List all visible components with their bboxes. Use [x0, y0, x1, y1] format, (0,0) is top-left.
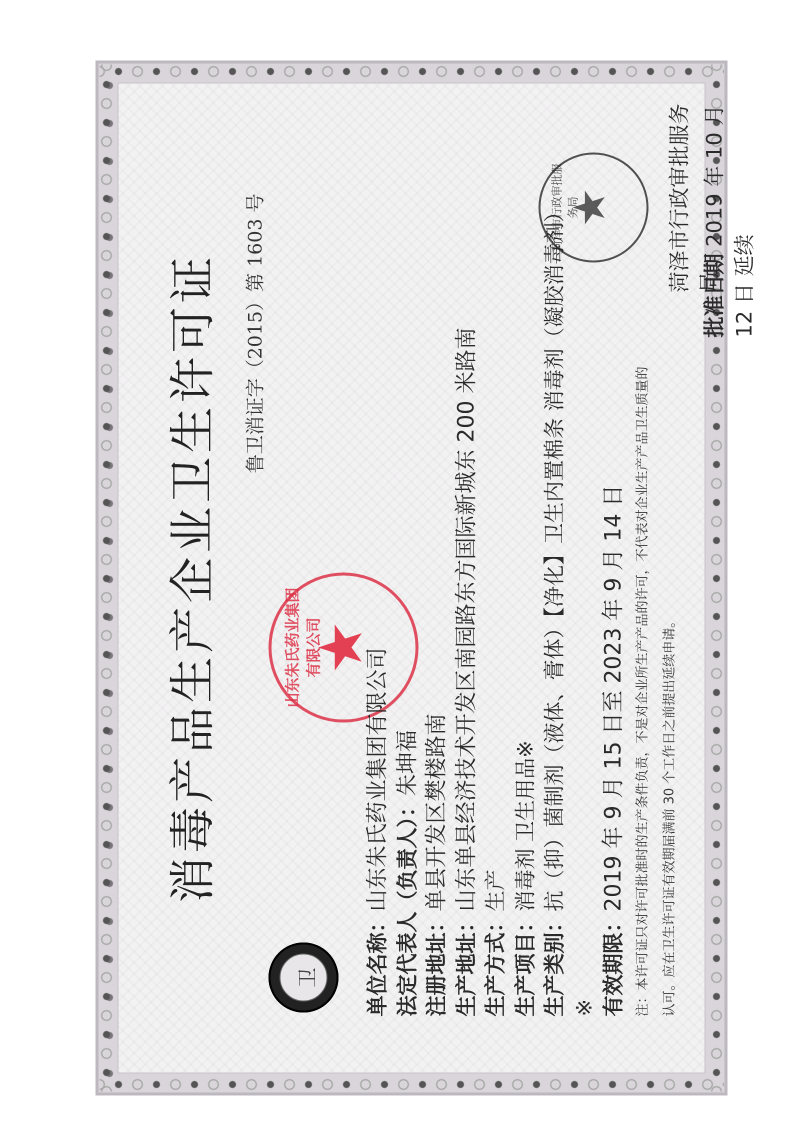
issuer-seal: 菏泽市行政审批服务局 ★	[538, 152, 648, 262]
field-production-mode: 生产方式：生产	[481, 201, 511, 1016]
certificate-number: 鲁卫消证字（2015）第 1603 号	[240, 193, 267, 473]
border-pattern-top	[99, 64, 113, 1091]
star-icon: ★	[568, 154, 612, 260]
field-production-category: 生产类别：抗（抑）菌制剂（液体、膏体）【净化】卫生内置棉条 消毒剂（凝胶消毒剂）	[540, 201, 570, 1016]
certificate-fields: 单位名称：山东朱氏药业集团有限公司 法定代表人（负责人）：朱坤福 注册地址：单县…	[363, 201, 683, 1016]
approval-date: 批准日期 2019 年 10 月 12 日 延续	[698, 83, 758, 337]
certificate-sheet: 消毒产品生产企业卫生许可证 鲁卫消证字（2015）第 1603 号 山东朱氏药业…	[95, 60, 727, 1095]
certificate-title: 消毒产品生产企业卫生许可证	[156, 83, 222, 1072]
field-production-address: 生产地址：山东单县经济技术开发区南园路东方国际新城东 200 米路南	[452, 201, 482, 1016]
note-line-2: 认可。应在卫生许可证有效期届满前 30 个工作日之前提出延续申请。	[656, 201, 683, 1016]
field-legal-representative: 法定代表人（负责人）：朱坤福	[393, 201, 423, 1016]
certificate-panel: 消毒产品生产企业卫生许可证 鲁卫消证字（2015）第 1603 号 山东朱氏药业…	[95, 60, 727, 1095]
field-unit-name: 单位名称：山东朱氏药业集团有限公司	[363, 201, 393, 1016]
field-production-items: 生产项目：消毒剂 卫生用品※	[511, 201, 541, 1016]
field-validity: 有效期限：2019 年 9 月 15 日至 2023 年 9 月 14 日	[599, 201, 629, 1016]
health-inspection-emblem-icon	[268, 942, 338, 1012]
asterisk-note: ※	[570, 201, 600, 1016]
field-registered-address: 注册地址：单县开发区樊楼路南	[422, 201, 452, 1016]
border-pattern-right	[99, 64, 723, 78]
border-pattern-left	[99, 1077, 723, 1091]
certificate-body: 消毒产品生产企业卫生许可证 鲁卫消证字（2015）第 1603 号 山东朱氏药业…	[117, 82, 705, 1073]
star-icon: ★	[311, 575, 371, 719]
note-line-1: 注：本许可证只对许可批准时的生产条件负责，不是对企业所生产产品的许可，不代表对企…	[629, 201, 656, 1016]
